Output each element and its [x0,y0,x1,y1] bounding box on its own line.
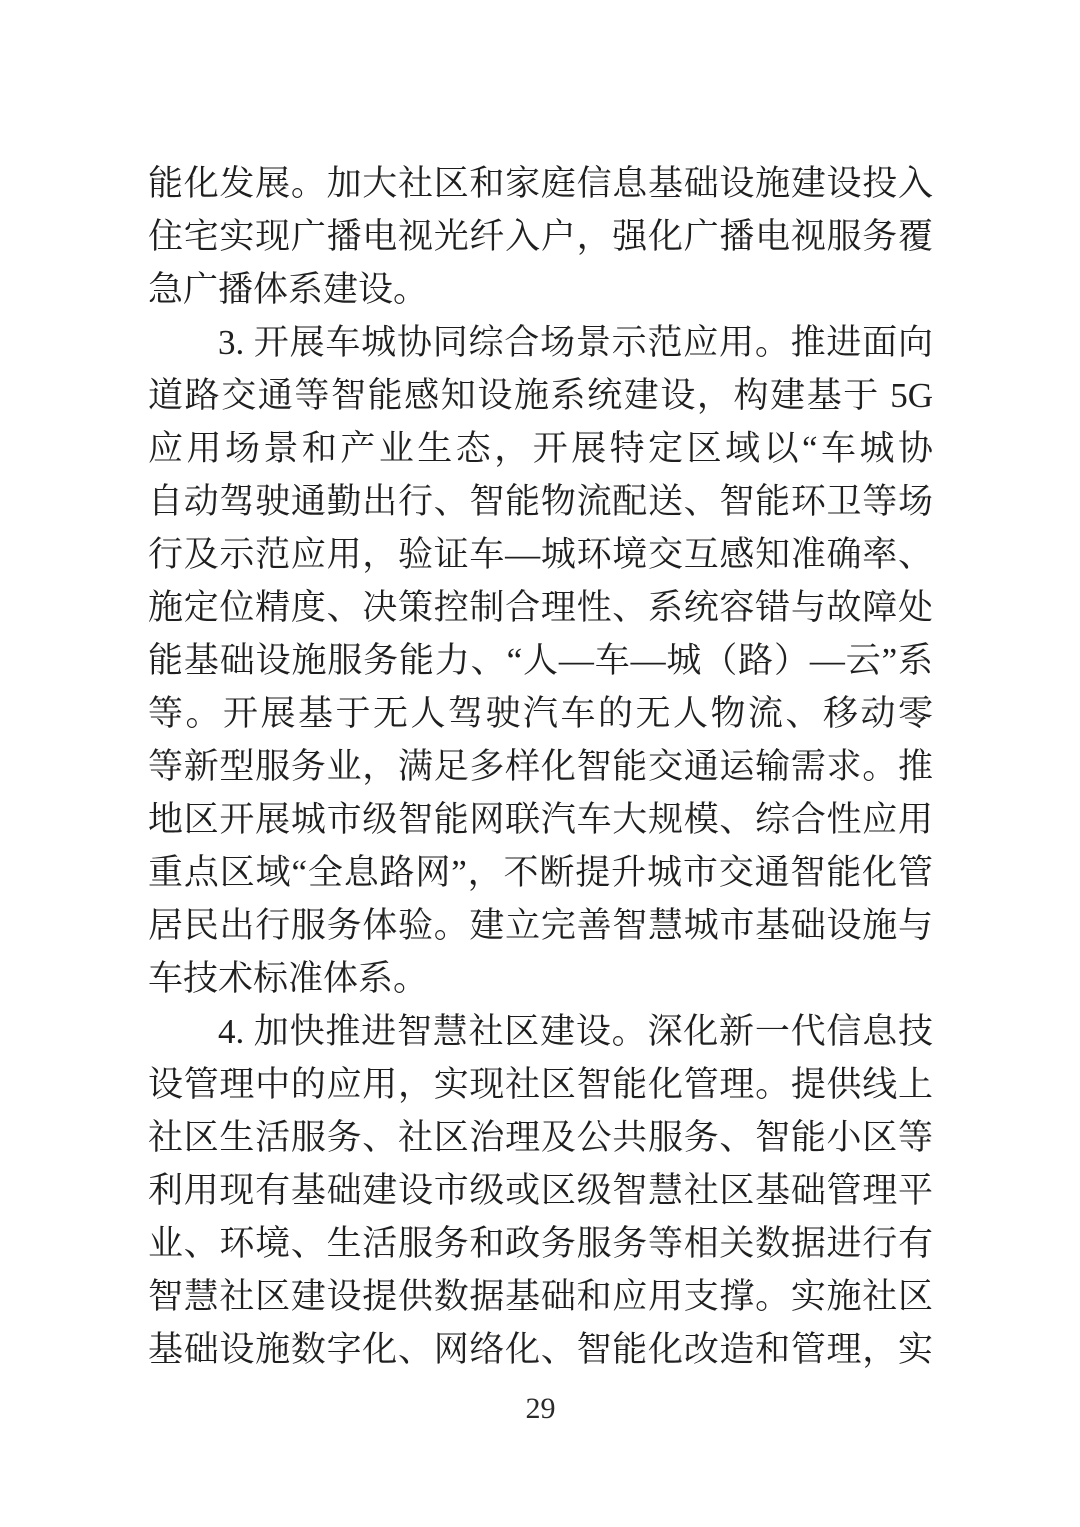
text-line: 利用现有基础建设市级或区级智慧社区基础管理平台，对物 [148,1164,933,1217]
text-line: 设管理中的应用，实现社区智能化管理。提供线上线下融合的 [148,1058,933,1111]
text-line: 地区开展城市级智能网联汽车大规模、综合性应用试点，探索 [148,793,933,846]
text-line: 急广播体系建设。 [148,263,933,316]
text-line: 智慧社区建设提供数据基础和应用支撑。实施社区公共设施和 [148,1270,933,1323]
text-line: 能基础设施服务能力、“人—车—城（路）—云”系统协同性 [148,634,933,687]
text-line: 自动驾驶通勤出行、智能物流配送、智能环卫等场景的测试运 [148,475,933,528]
text-line: 社区生活服务、社区治理及公共服务、智能小区等服务。充分 [148,1111,933,1164]
text-line: 住宅实现广播电视光纤入户，强化广播电视服务覆盖。推进应 [148,210,933,263]
text-line: 3. 开展车城协同综合场景示范应用。推进面向车城协同的 [148,316,933,369]
text-line: 居民出行服务体验。建立完善智慧城市基础设施与智能网联汽 [148,899,933,952]
paragraph: 3. 开展车城协同综合场景示范应用。推进面向车城协同的道路交通等智能感知设施系统… [148,316,933,1005]
text-line: 等新型服务业，满足多样化智能交通运输需求。推动有条件的 [148,740,933,793]
text-line: 车技术标准体系。 [148,952,933,1005]
text-line: 能化发展。加大社区和家庭信息基础设施建设投入力度，社区、 [148,157,933,210]
paragraph: 4. 加快推进智慧社区建设。深化新一代信息技术在社区建设管理中的应用，实现社区智… [148,1005,933,1376]
document-body: 能化发展。加大社区和家庭信息基础设施建设投入力度，社区、住宅实现广播电视光纤入户… [148,157,933,1376]
text-line: 业、环境、生活服务和政务服务等相关数据进行有效采集，为 [148,1217,933,1270]
text-line: 基础设施数字化、网络化、智能化改造和管理，实现节能减排、 [148,1323,933,1376]
paragraph: 能化发展。加大社区和家庭信息基础设施建设投入力度，社区、住宅实现广播电视光纤入户… [148,157,933,316]
text-line: 应用场景和产业生态，开展特定区域以“车城协同”为核心的 [148,422,933,475]
page-number: 29 [148,1392,933,1426]
text-line: 行及示范应用，验证车—城环境交互感知准确率、智能基础设 [148,528,933,581]
text-line: 施定位精度、决策控制合理性、系统容错与故障处理能力、智 [148,581,933,634]
text-line: 重点区域“全息路网”，不断提升城市交通智能化管理水平和 [148,846,933,899]
text-line: 等。开展基于无人驾驶汽车的无人物流、移动零售、移动办公 [148,687,933,740]
text-line: 4. 加快推进智慧社区建设。深化新一代信息技术在社区建 [148,1005,933,1058]
text-line: 道路交通等智能感知设施系统建设，构建基于 5G 的车城协同 [148,369,933,422]
document-page: 能化发展。加大社区和家庭信息基础设施建设投入力度，社区、住宅实现广播电视光纤入户… [0,0,1080,1527]
